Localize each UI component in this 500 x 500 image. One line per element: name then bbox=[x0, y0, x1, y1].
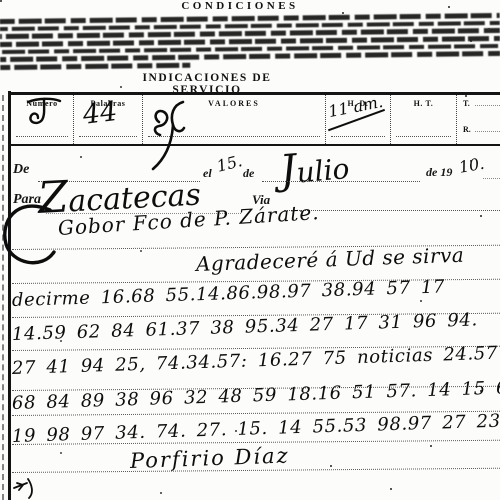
col-header-r: R. bbox=[463, 125, 471, 134]
numero-mark bbox=[24, 95, 66, 133]
scan-noise-specks bbox=[0, 0, 2, 2]
signature: Porfirio Díaz bbox=[130, 443, 290, 473]
conditions-title: CONDICIONES bbox=[166, 0, 314, 12]
bottom-check-mark bbox=[12, 477, 52, 499]
r-dots bbox=[475, 131, 500, 132]
numero-baseline bbox=[16, 136, 68, 137]
column-t-r: T. R. bbox=[456, 95, 500, 144]
col-header-t: T. bbox=[463, 99, 470, 108]
table-bottom-border bbox=[8, 144, 500, 146]
cipher-line-4: 68 84 89 38 96 32 48 59 18.16 51 57. 14 … bbox=[12, 377, 500, 414]
de2-label: de bbox=[243, 166, 254, 181]
telegram-scan: CONDICIONES INDICACIONES DE SERVICIO Núm… bbox=[0, 0, 500, 500]
hd-baseline bbox=[331, 136, 385, 137]
flourish-loop bbox=[0, 200, 58, 272]
col-header-ht: H. T. bbox=[391, 99, 456, 108]
el-label: el bbox=[203, 166, 212, 181]
valores-flourish bbox=[143, 95, 201, 175]
month-blank-dots bbox=[262, 181, 420, 182]
palabras-value: 44 bbox=[81, 96, 119, 131]
left-margin-marks bbox=[2, 95, 4, 500]
de-label: De bbox=[13, 162, 29, 178]
date-day-value: 15. bbox=[215, 151, 244, 176]
de19-label: de 19 bbox=[426, 165, 452, 180]
date-year-value: 10. bbox=[457, 154, 485, 177]
fine-print-line bbox=[0, 63, 190, 70]
fine-print bbox=[0, 13, 500, 73]
palabras-baseline bbox=[79, 136, 137, 137]
form-left-border bbox=[8, 91, 11, 500]
column-ht: H. T. bbox=[390, 95, 456, 144]
year-tail-dots bbox=[483, 178, 500, 179]
ht-baseline bbox=[396, 136, 451, 137]
date-month-value: Julio bbox=[278, 140, 351, 194]
t-dots bbox=[475, 105, 500, 106]
